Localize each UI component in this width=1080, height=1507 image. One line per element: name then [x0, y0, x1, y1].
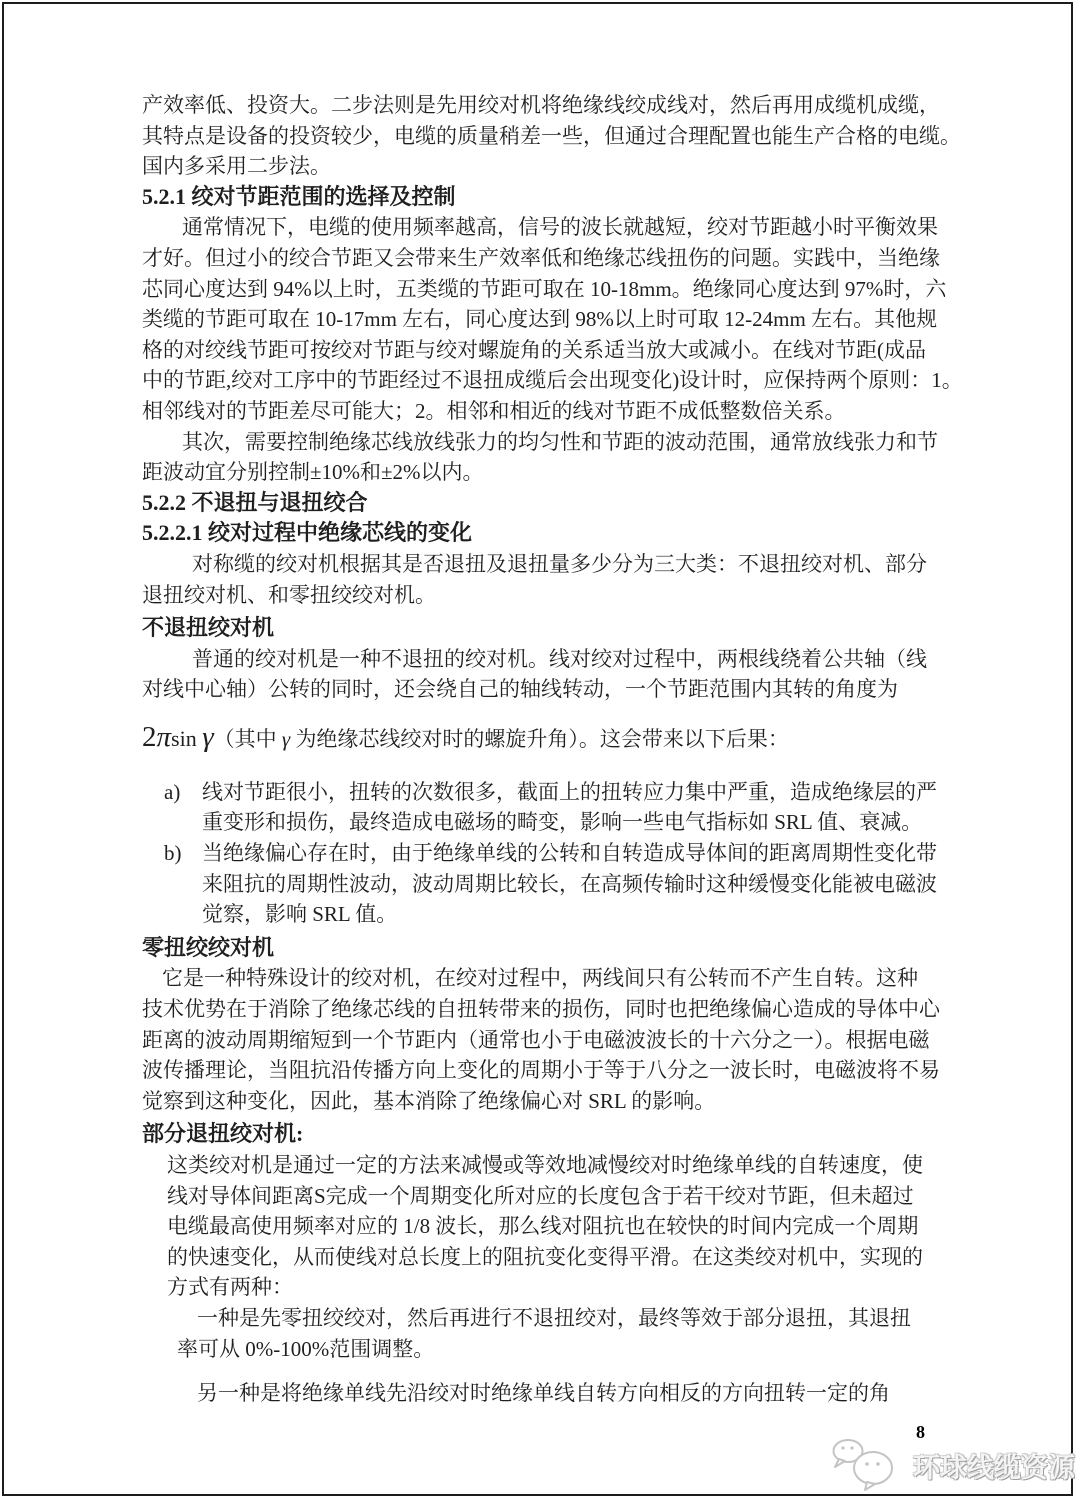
page-number: 8: [916, 1422, 925, 1443]
text-line: 的快速变化，从而使线对总长度上的阻抗变化变得平滑。在这类绞对机中，实现的: [142, 1242, 954, 1273]
subheading-zero-twist: 零扭绞绞对机: [142, 933, 954, 964]
text-line: 通常情况下，电缆的使用频率越高，信号的波长就越短，绞对节距越小时平衡效果: [142, 212, 954, 243]
text-line: 类缆的节距可取在 10-17mm 左右，同心度达到 98%以上时可取 12-24…: [142, 304, 954, 335]
text-line: 来阻抗的周期性波动，波动周期比较长，在高频传输时这种缓慢变化能被电磁波: [142, 869, 954, 900]
section-heading-5-2-2-1: 5.2.2.1 绞对过程中绝缘芯线的变化: [142, 518, 954, 549]
text-line: 技术优势在于消除了绝缘芯线的自扭转带来的损伤，同时也把绝缘偏心造成的导体中心: [142, 994, 954, 1025]
section-heading-5-2-1: 5.2.1 绞对节距范围的选择及控制: [142, 182, 954, 213]
text-line: 格的对绞线节距可按绞对节距与绞对螺旋角的关系适当放大或减小。在线对节距(成品: [142, 335, 954, 366]
text-line: 觉察到这种变化，因此，基本消除了绝缘偏心对 SRL 的影响。: [142, 1086, 954, 1117]
text-line: 率可从 0%-100%范围调整。: [142, 1334, 954, 1365]
text-line: 另一种是将绝缘单线先沿绞对时绝缘单线自转方向相反的方向扭转一定的角: [142, 1378, 954, 1409]
watermark: 环球线缆资源: [831, 1438, 1075, 1492]
text-line: 距波动宜分别控制±10%和±2%以内。: [142, 457, 954, 488]
text-line: 才好。但过小的绞合节距又会带来生产效率低和绝缘芯线扭伤的问题。实践中，当绝缘: [142, 243, 954, 274]
text-line: 产效率低、投资大。二步法则是先用绞对机将绝缘线绞成线对，然后再用成缆机成缆，: [142, 90, 954, 121]
text-line: 其次，需要控制绝缘芯线放线张力的均匀性和节距的波动范围，通常放线张力和节: [142, 427, 954, 458]
text-line: 方式有两种：: [142, 1272, 954, 1303]
text-line: 一种是先零扭绞绞对，然后再进行不退扭绞对，最终等效于部分退扭，其退扭: [142, 1303, 954, 1334]
text-line: 线对导体间距离S完成一个周期变化所对应的长度包含于若干绞对节距，但未超过: [142, 1181, 954, 1212]
section-heading-5-2-2: 5.2.2 不退扭与退扭绞合: [142, 488, 954, 519]
text-line: 国内多采用二步法。: [142, 151, 954, 182]
text-line: 对称缆的绞对机根据其是否退扭及退扭量多少分为三大类：不退扭绞对机、部分: [142, 549, 954, 580]
subheading-partial-untwist: 部分退扭绞对机:: [142, 1119, 954, 1150]
text-line: 重变形和损伤，最终造成电磁场的畸变，影响一些电气指标如 SRL 值、衰减。: [142, 807, 954, 838]
text-line: 普通的绞对机是一种不退扭的绞对机。线对绞对过程中，两根线绕着公共轴（线: [142, 644, 954, 675]
text-line: 电缆最高使用频率对应的 1/8 波长，那么线对阻抗也在较快的时间内完成一个周期: [142, 1211, 954, 1242]
text-line: 对线中心轴）公转的同时，还会绕自己的轴线转动，一个节距范围内其转的角度为: [142, 674, 954, 705]
list-item-a: a)线对节距很小，扭转的次数很多，截面上的扭转应力集中严重，造成绝缘层的严: [142, 777, 954, 808]
text-line: 这类绞对机是通过一定的方法来减慢或等效地减慢绞对时绝缘单线的自转速度，使: [142, 1150, 954, 1181]
formula-line: 2πsin γ（其中 γ 为绝缘芯线绞对时的螺旋升角）。这会带来以下后果：: [142, 719, 954, 757]
text-line: 觉察，影响 SRL 值。: [142, 899, 954, 930]
wechat-icon: [831, 1438, 903, 1492]
text-line: 波传播理论，当阻抗沿传播方向上变化的周期小于等于八分之一波长时，电磁波将不易: [142, 1055, 954, 1086]
document-page: 产效率低、投资大。二步法则是先用绞对机将绝缘线绞成线对，然后再用成缆机成缆，其特…: [0, 0, 1080, 1507]
text-line: 它是一种特殊设计的绞对机，在绞对过程中，两线间只有公转而不产生自转。这种: [142, 963, 954, 994]
subheading-no-untwist: 不退扭绞对机: [142, 613, 954, 644]
text-line: 退扭绞对机、和零扭绞绞对机。: [142, 580, 954, 611]
watermark-text: 环球线缆资源: [913, 1446, 1075, 1485]
text-line: 相邻线对的节距差尽可能大；2。相邻和相近的线对节距不成低整数倍关系。: [142, 396, 954, 427]
text-line: 距离的波动周期缩短到一个节距内（通常也小于电磁波波长的十六分之一）。根据电磁: [142, 1025, 954, 1056]
text-line: 中的节距,绞对工序中的节距经过不退扭成缆后会出现变化)设计时，应保持两个原则：1…: [142, 365, 954, 396]
text-line: 芯同心度达到 94%以上时，五类缆的节距可取在 10-18mm。绝缘同心度达到 …: [142, 274, 954, 305]
document-content: 产效率低、投资大。二步法则是先用绞对机将绝缘线绞成线对，然后再用成缆机成缆，其特…: [142, 90, 954, 1409]
text-line: 其特点是设备的投资较少，电缆的质量稍差一些，但通过合理配置也能生产合格的电缆。: [142, 121, 954, 152]
list-item-b: b)当绝缘偏心存在时，由于绝缘单线的公转和自转造成导体间的距离周期性变化带: [142, 838, 954, 869]
